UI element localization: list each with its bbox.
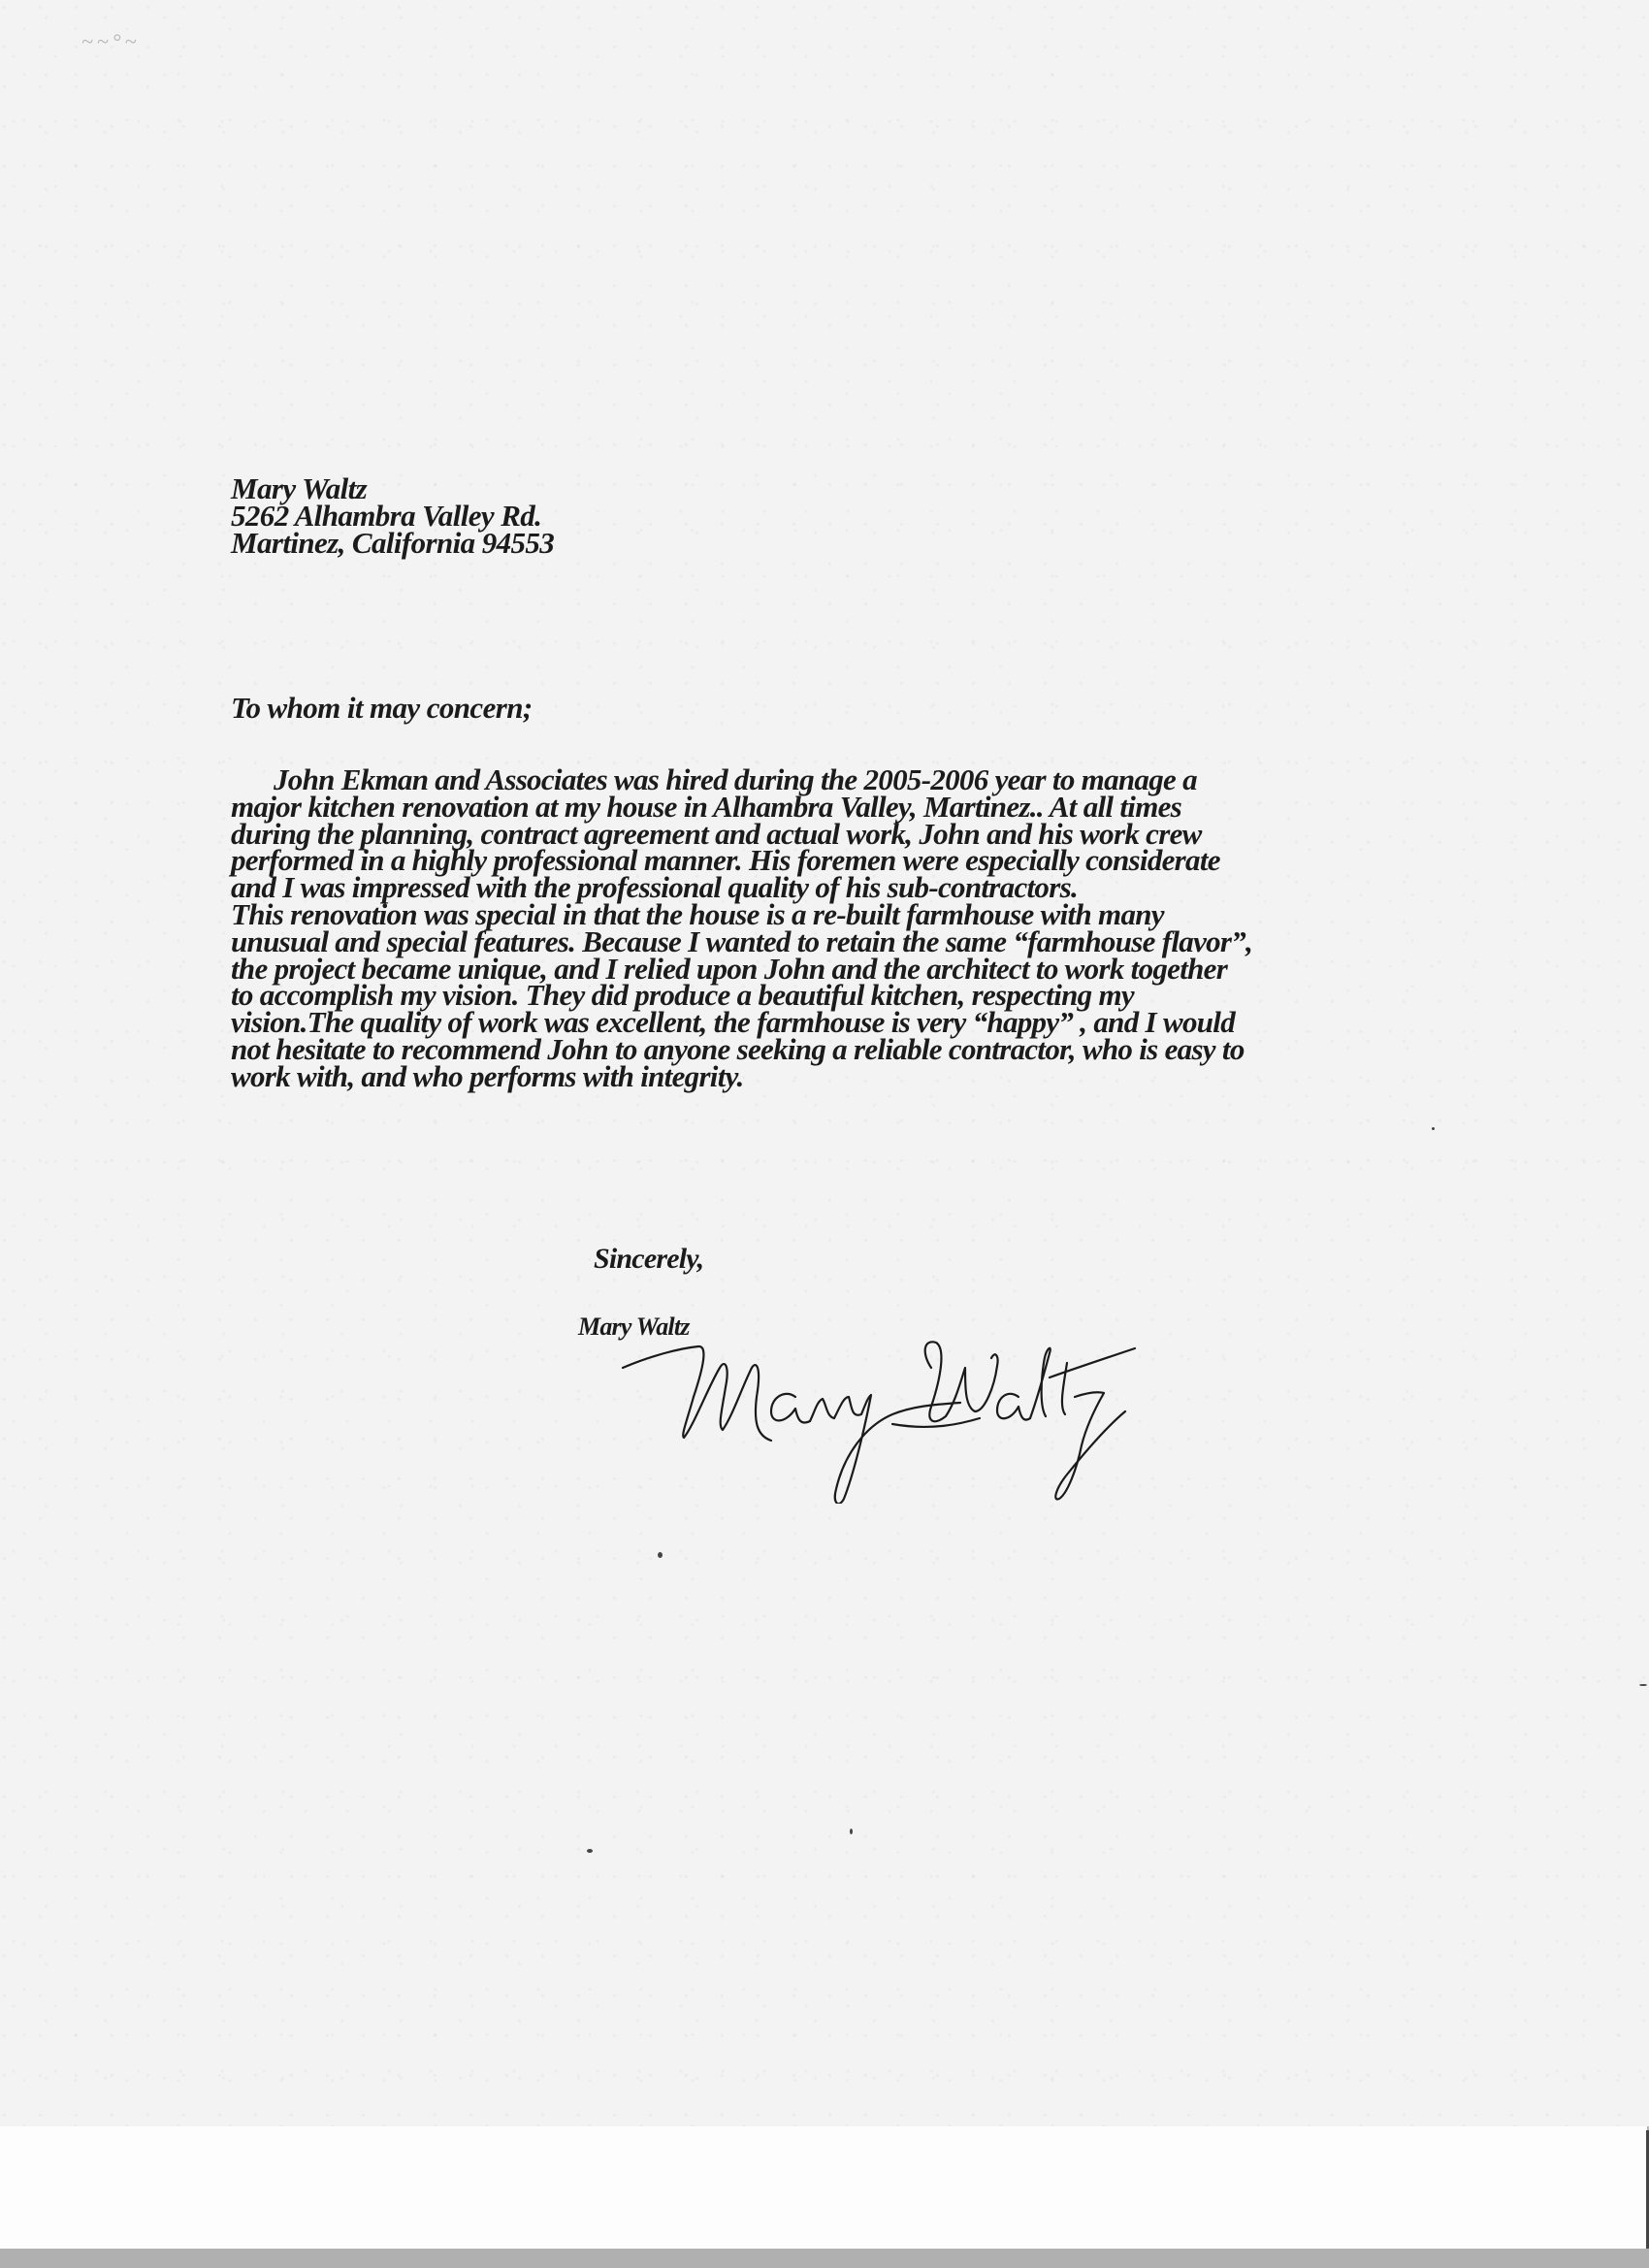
paper-speck — [850, 1829, 853, 1834]
letter-body: John Ekman and Associates was hired duri… — [231, 766, 1252, 1090]
paper-speck — [658, 1552, 663, 1558]
corner-smudge-mark: ~~°~ — [81, 29, 208, 58]
paper-speck — [1639, 1684, 1647, 1686]
paper-speck — [587, 1849, 593, 1853]
sender-city-state-zip: Martinez, California 94553 — [231, 530, 1434, 557]
body-line: work with, and who performs with integri… — [231, 1063, 1252, 1090]
handwritten-signature — [611, 1329, 1154, 1504]
letter-page: ~~°~ Mary Waltz 5262 Alhambra Valley Rd.… — [0, 0, 1649, 2126]
salutation: To whom it may concern; — [231, 691, 533, 726]
scan-bottom-edge — [0, 2249, 1649, 2268]
closing: Sincerely, — [594, 1243, 703, 1276]
paper-speck — [1432, 1127, 1435, 1130]
sender-address-block: Mary Waltz 5262 Alhambra Valley Rd. Mart… — [231, 475, 1434, 557]
scan-blank-margin — [0, 2126, 1647, 2249]
